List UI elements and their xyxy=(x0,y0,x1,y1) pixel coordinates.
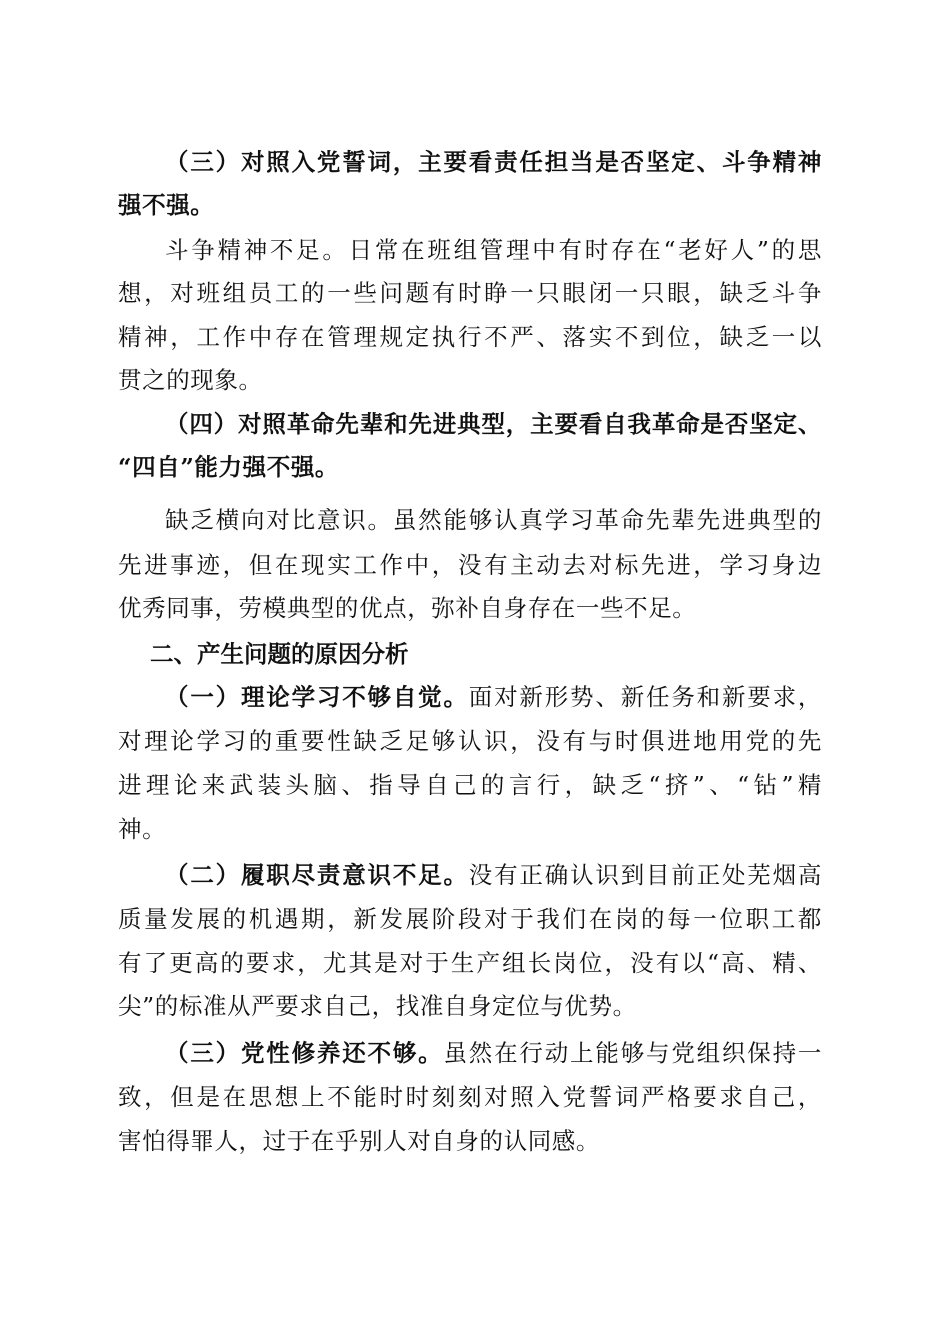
paragraph-comparison-line-3: 优秀同事，劳模典型的优点，弥补自身存在一些不足。 xyxy=(118,593,822,623)
section-heading-cause-analysis: 二、产生问题的原因分析 xyxy=(150,639,854,669)
paragraph-struggle-line-2: 想，对班组员工的一些问题有时睁一只眼闭一只眼，缺乏斗争 xyxy=(118,278,822,308)
reason-3-line-2: 致，但是在思想上不能时时刻刻对照入党誓词严格要求自己， xyxy=(118,1082,822,1112)
reason-1-lead: （一）理论学习不够自觉。 xyxy=(165,683,469,711)
paragraph-struggle-line-3: 精神，工作中存在管理规定执行不严、落实不到位，缺乏一以 xyxy=(118,322,822,352)
reason-3-line-1: （三）党性修养还不够。虽然在行动上能够与党组织保持一 xyxy=(165,1038,822,1068)
reason-3-lead: （三）党性修养还不够。 xyxy=(165,1039,443,1067)
paragraph-struggle-line-4: 贯之的现象。 xyxy=(118,365,822,395)
reason-3-first-line-rest: 虽然在行动上能够与党组织保持一 xyxy=(443,1039,822,1067)
subheading-3-line-2: 强不强。 xyxy=(118,190,822,220)
reason-1-first-line-rest: 面对新形势、新任务和新要求， xyxy=(469,683,822,711)
subheading-4-line-1: （四）对照革命先辈和先进典型，主要看自我革命是否坚定、 xyxy=(165,409,822,439)
subheading-3-line-1: （三）对照入党誓词，主要看责任担当是否坚定、斗争精神 xyxy=(165,147,822,177)
reason-2-first-line-rest: 没有正确认识到目前正处芜烟高 xyxy=(469,861,822,889)
reason-2-line-4: 尖”的标准从严要求自己，找准自身定位与优势。 xyxy=(118,991,822,1021)
paragraph-comparison-line-1: 缺乏横向对比意识。虽然能够认真学习革命先辈先进典型的 xyxy=(165,505,822,535)
reason-1-line-2: 对理论学习的重要性缺乏足够认识，没有与时俱进地用党的先 xyxy=(118,726,822,756)
paragraph-comparison-line-2: 先进事迹，但在现实工作中，没有主动去对标先进，学习身边 xyxy=(118,550,822,580)
reason-1-line-1: （一）理论学习不够自觉。面对新形势、新任务和新要求， xyxy=(165,682,822,712)
reason-2-line-3: 有了更高的要求，尤其是对于生产组长岗位，没有以“高、精、 xyxy=(118,948,822,978)
reason-1-line-4: 神。 xyxy=(118,814,822,844)
reason-2-line-2: 质量发展的机遇期，新发展阶段对于我们在岗的每一位职工都 xyxy=(118,904,822,934)
document-page: （三）对照入党誓词，主要看责任担当是否坚定、斗争精神 强不强。 斗争精神不足。日… xyxy=(0,0,950,1344)
reason-3-line-3: 害怕得罪人，过于在乎别人对自身的认同感。 xyxy=(118,1126,822,1156)
paragraph-struggle-line-1: 斗争精神不足。日常在班组管理中有时存在“老好人”的思 xyxy=(165,235,822,265)
reason-2-lead: （二）履职尽责意识不足。 xyxy=(165,861,469,889)
reason-2-line-1: （二）履职尽责意识不足。没有正确认识到目前正处芜烟高 xyxy=(165,860,822,890)
reason-1-line-3: 进理论来武装头脑、指导自己的言行，缺乏“挤”、“钻”精 xyxy=(118,770,822,800)
subheading-4-line-2: “四自”能力强不强。 xyxy=(118,452,822,482)
